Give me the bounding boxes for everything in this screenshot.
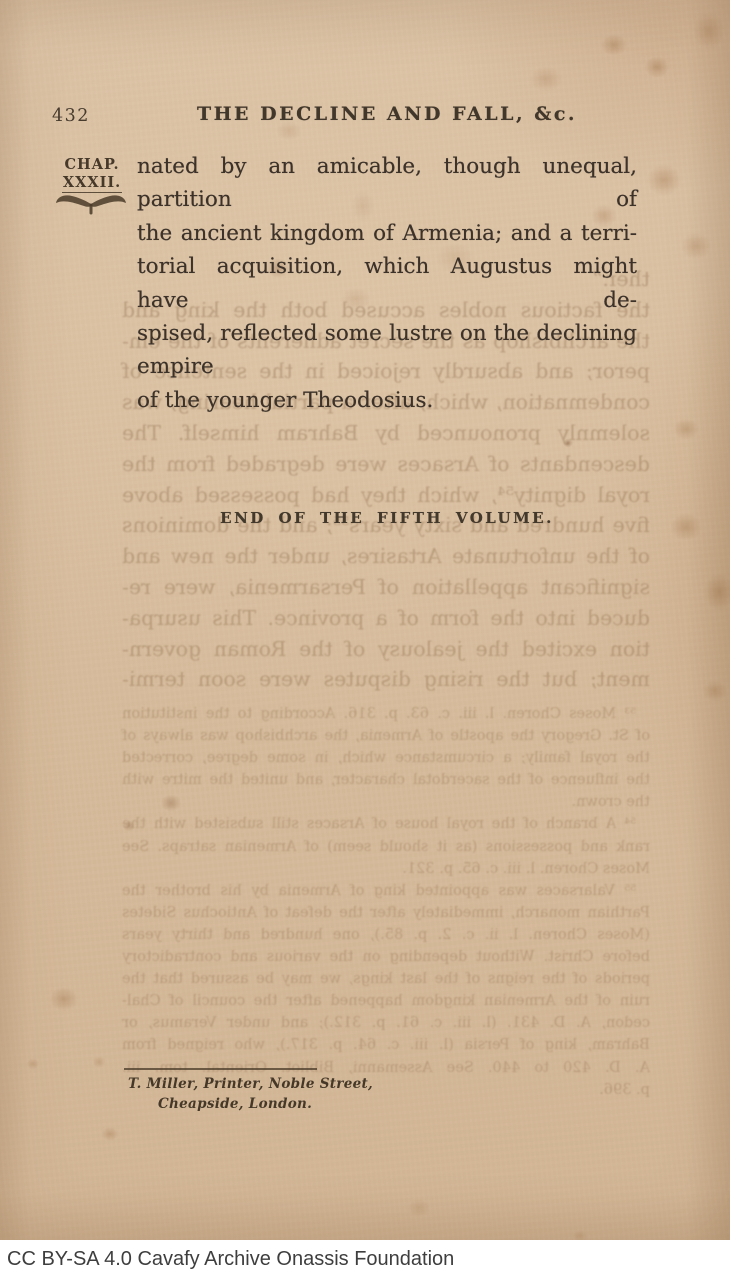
bleed-through-footnote-line: ⁵³ Moses Choren. l. iii. c. 63. p. 316. …: [122, 703, 650, 725]
bleed-through-footnotes: ⁵³ Moses Choren. l. iii. c. 63. p. 316. …: [122, 703, 650, 1101]
body-text-line: spised, reflected some lustre on the dec…: [137, 317, 637, 384]
bleed-through-line: significant appellation of Persarmenia, …: [122, 572, 650, 603]
bleed-through-line: descendants of Arsaces were degraded fro…: [122, 449, 650, 480]
chapter-flourish-ornament: [52, 191, 132, 221]
bleed-through-line: of the unfortunate Artasires, under the …: [122, 541, 650, 572]
bleed-through-footnote-line: the crown.: [122, 791, 650, 813]
bleed-through-footnote-line: of St. Gregory the apostle of Armenia, t…: [122, 725, 650, 747]
bleed-through-footnote-line: ⁵⁴ A branch of the royal house of Arsace…: [122, 813, 650, 835]
page-scan-root: 432 THE DECLINE AND FALL, &c. CHAP. XXXI…: [0, 0, 730, 1280]
bleed-through-footnote-line: Moses Choren. l. iii. c. 65. p. 321.: [122, 858, 650, 880]
bleed-through-footnote-line: cedon, A. D. 431. (l. iii. c. 61. p. 312…: [122, 1012, 650, 1034]
body-text-paragraph: nated by an amicable, though unequal, pa…: [137, 150, 637, 417]
chapter-label: CHAP. XXXII.: [52, 156, 132, 193]
license-caption: CC BY-SA 4.0 Cavafy Archive Onassis Foun…: [0, 1240, 730, 1280]
bleed-through-footnote-line: rank and possessions (as it should seem)…: [122, 836, 650, 858]
printer-imprint-line2: Cheapside, London.: [158, 1095, 373, 1115]
bleed-through-footnote-line: periods of the reigns of the last kings,…: [122, 968, 650, 990]
chapter-label-chap: CHAP.: [52, 156, 132, 174]
bleed-through-line: solemnly pronounced by Bahram himself. T…: [122, 418, 650, 449]
bleed-through-footnote-line: ruin of the Armenian kingdom happened af…: [122, 990, 650, 1012]
body-text-line: torial acquisition, which Augustus might…: [137, 250, 637, 317]
body-text-line: of the younger Theodosius.: [137, 384, 637, 417]
bleed-through-line: royal dignity⁵⁴, which they had possesse…: [122, 480, 650, 511]
body-text-line: nated by an amicable, though unequal, pa…: [137, 150, 637, 217]
bleed-through-footnote-line: ⁵⁵ Valarsaces was appointed king of Arme…: [122, 880, 650, 902]
end-of-volume-notice: END OF THE FIFTH VOLUME.: [137, 509, 637, 527]
bleed-through-footnote-line: Bahram, king of Persia (l. iii. c. 64. p…: [122, 1034, 650, 1056]
printer-imprint-line1: T. Miller, Printer, Noble Street,: [128, 1075, 373, 1095]
bleed-through-footnote-line: before Christ. Without depending on the …: [122, 946, 650, 968]
bleed-through-footnote-line: the royal family; a circumstance which, …: [122, 747, 650, 769]
body-text-line: the ancient kingdom of Armenia; and a te…: [137, 217, 637, 250]
scanned-book-page: 432 THE DECLINE AND FALL, &c. CHAP. XXXI…: [0, 0, 730, 1240]
imprint-divider-rule: [124, 1068, 317, 1070]
bleed-through-footnote-line: Parthian monarch, immediately after the …: [122, 902, 650, 924]
bleed-through-line: tion excited the jealousy of the Roman g…: [122, 634, 650, 665]
page-number: 432: [52, 106, 90, 126]
bleed-through-line: duced into the form of a province. This …: [122, 603, 650, 634]
bleed-through-footnote-line: the influence of the sacerdotal characte…: [122, 769, 650, 791]
running-header: THE DECLINE AND FALL, &c.: [137, 103, 637, 125]
bleed-through-footnote-line: (Moses Choren. l. ii. c. 2. p. 85.), one…: [122, 924, 650, 946]
printer-imprint: T. Miller, Printer, Noble Street, Cheaps…: [128, 1075, 373, 1114]
bleed-through-line: ment; but the rising disputes were soon …: [122, 664, 650, 695]
